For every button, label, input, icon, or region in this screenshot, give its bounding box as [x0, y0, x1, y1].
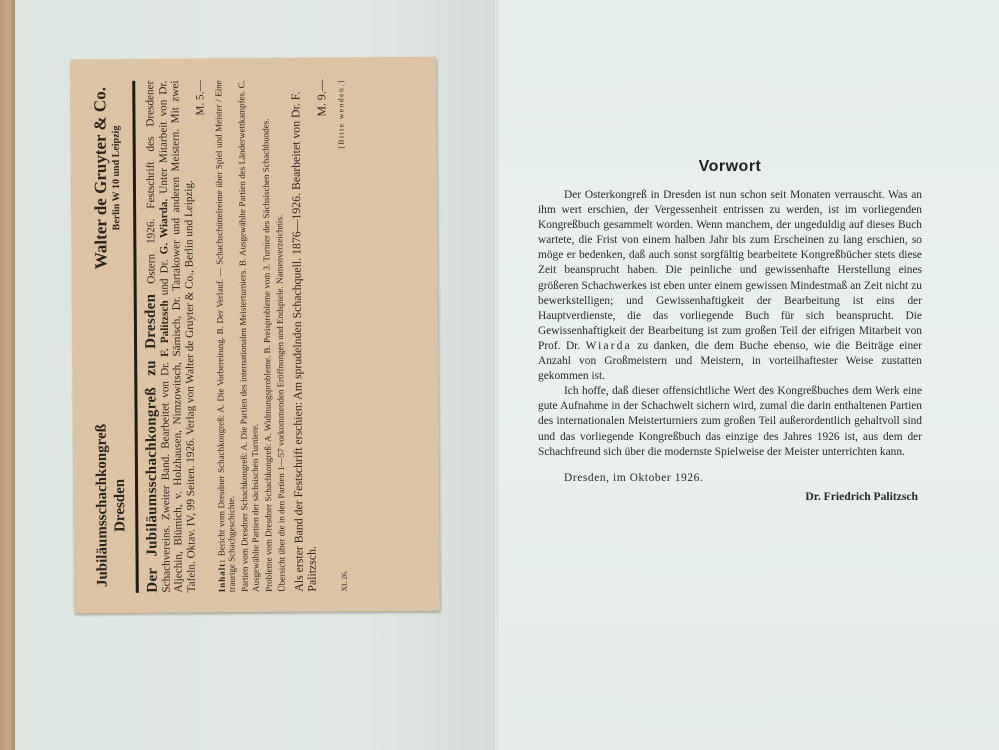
card-editor-1: F. Palitzsch: [158, 300, 170, 357]
preface-signature: Dr. Friedrich Palitzsch: [538, 490, 922, 503]
preface-name-spaced: Wiarda: [586, 340, 632, 352]
card-contents-text: Partien vom Dresdner Schachkongreß: A. D…: [237, 80, 261, 592]
card-footer: XI. 26. [Bitte wenden.]: [336, 79, 349, 591]
card-contents-text: Übersicht über die in den Partien 1—57 v…: [274, 215, 287, 592]
card-event-title: Jubiläumsschachkongreß: [93, 424, 112, 587]
card-contents-item: Inhalt: Bericht vom Dresdner Schachkongr…: [213, 80, 237, 592]
card-header-right: Walter de Gruyter & Co. Berlin W 10 und …: [90, 87, 123, 269]
card-content-rotated: Jubiläumsschachkongreß Dresden Walter de…: [70, 57, 440, 614]
card-contents: Inhalt: Bericht vom Dresdner Schachkongr…: [213, 80, 287, 592]
card-editor-2: G. Wiarda.: [158, 199, 170, 255]
card-price-2: M. 9.—: [315, 79, 332, 591]
card-first-volume: Als erster Band der Festschrift erschien…: [289, 79, 332, 591]
preface-section: Vorwort Der Osterkongreß in Dresden ist …: [538, 158, 922, 503]
preface-place-date: Dresden, im Oktober 1926.: [538, 472, 922, 484]
card-header-left: Jubiläumsschachkongreß Dresden: [93, 424, 130, 587]
card-contents-text: Probleme vom Dresdner Schachkongreß: A. …: [260, 118, 273, 591]
card-print-code: XI. 26.: [340, 570, 349, 591]
card-entry-text: und Dr.: [158, 254, 170, 300]
book-spine-edge: [0, 0, 15, 750]
preface-paragraph-2: Ich hoffe, daß dieser offensichtliche We…: [538, 384, 922, 459]
card-contents-item: Übersicht über die in den Partien 1—57 v…: [273, 80, 287, 592]
card-first-volume-text: Als erster Band der Festschrift erschien…: [288, 92, 318, 592]
card-contents-text: Bericht vom Dresdner Schachkongreß: A. D…: [213, 80, 237, 592]
preface-text: Der Osterkongreß in Dresden ist nun scho…: [538, 189, 922, 352]
card-publisher-address: Berlin W 10 und Leipzig: [109, 87, 123, 269]
card-publisher: Walter de Gruyter & Co.: [90, 87, 110, 269]
card-main-entry: Der Jubiläumsschachkongreß zu Dresden Os…: [143, 80, 211, 592]
preface-paragraph-1: Der Osterkongreß in Dresden ist nun scho…: [538, 188, 922, 384]
publisher-insert-card: Jubiläumsschachkongreß Dresden Walter de…: [70, 57, 440, 614]
card-event-city: Dresden: [111, 424, 130, 587]
card-contents-item: Partien vom Dresdner Schachkongreß: A. D…: [237, 80, 261, 592]
preface-heading: Vorwort: [538, 158, 922, 176]
card-header: Jubiläumsschachkongreß Dresden Walter de…: [90, 81, 139, 593]
card-contents-label: Inhalt:: [217, 559, 227, 593]
card-turn-over-note: [Bitte wenden.]: [336, 79, 345, 148]
card-contents-item: Probleme vom Dresdner Schachkongreß: A. …: [260, 80, 274, 592]
